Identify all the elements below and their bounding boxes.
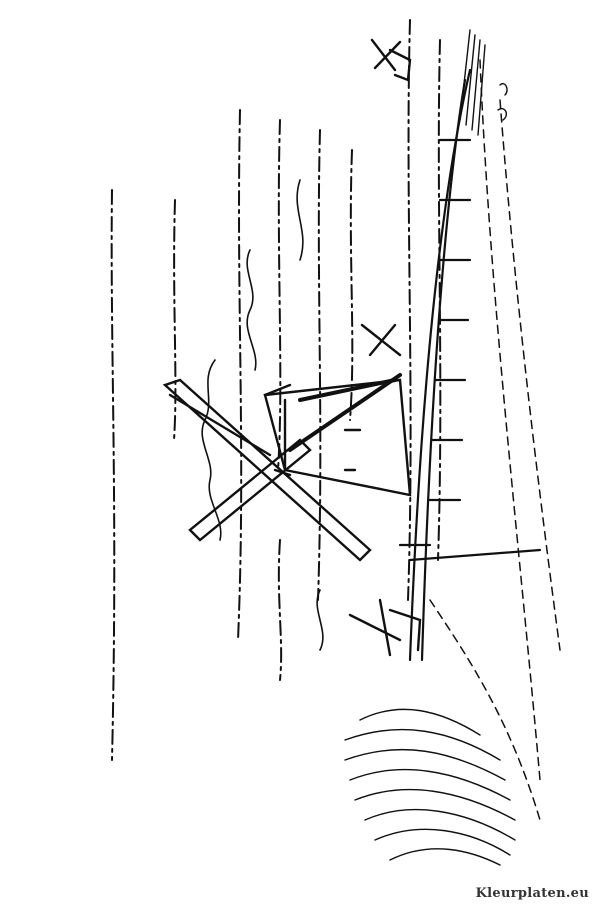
windmill-icon [165,375,410,560]
grass-hatching-icon [345,709,515,865]
coloring-illustration [0,0,601,907]
watermark: Kleurplaten.eu [476,886,589,901]
fence-icon [400,70,540,660]
